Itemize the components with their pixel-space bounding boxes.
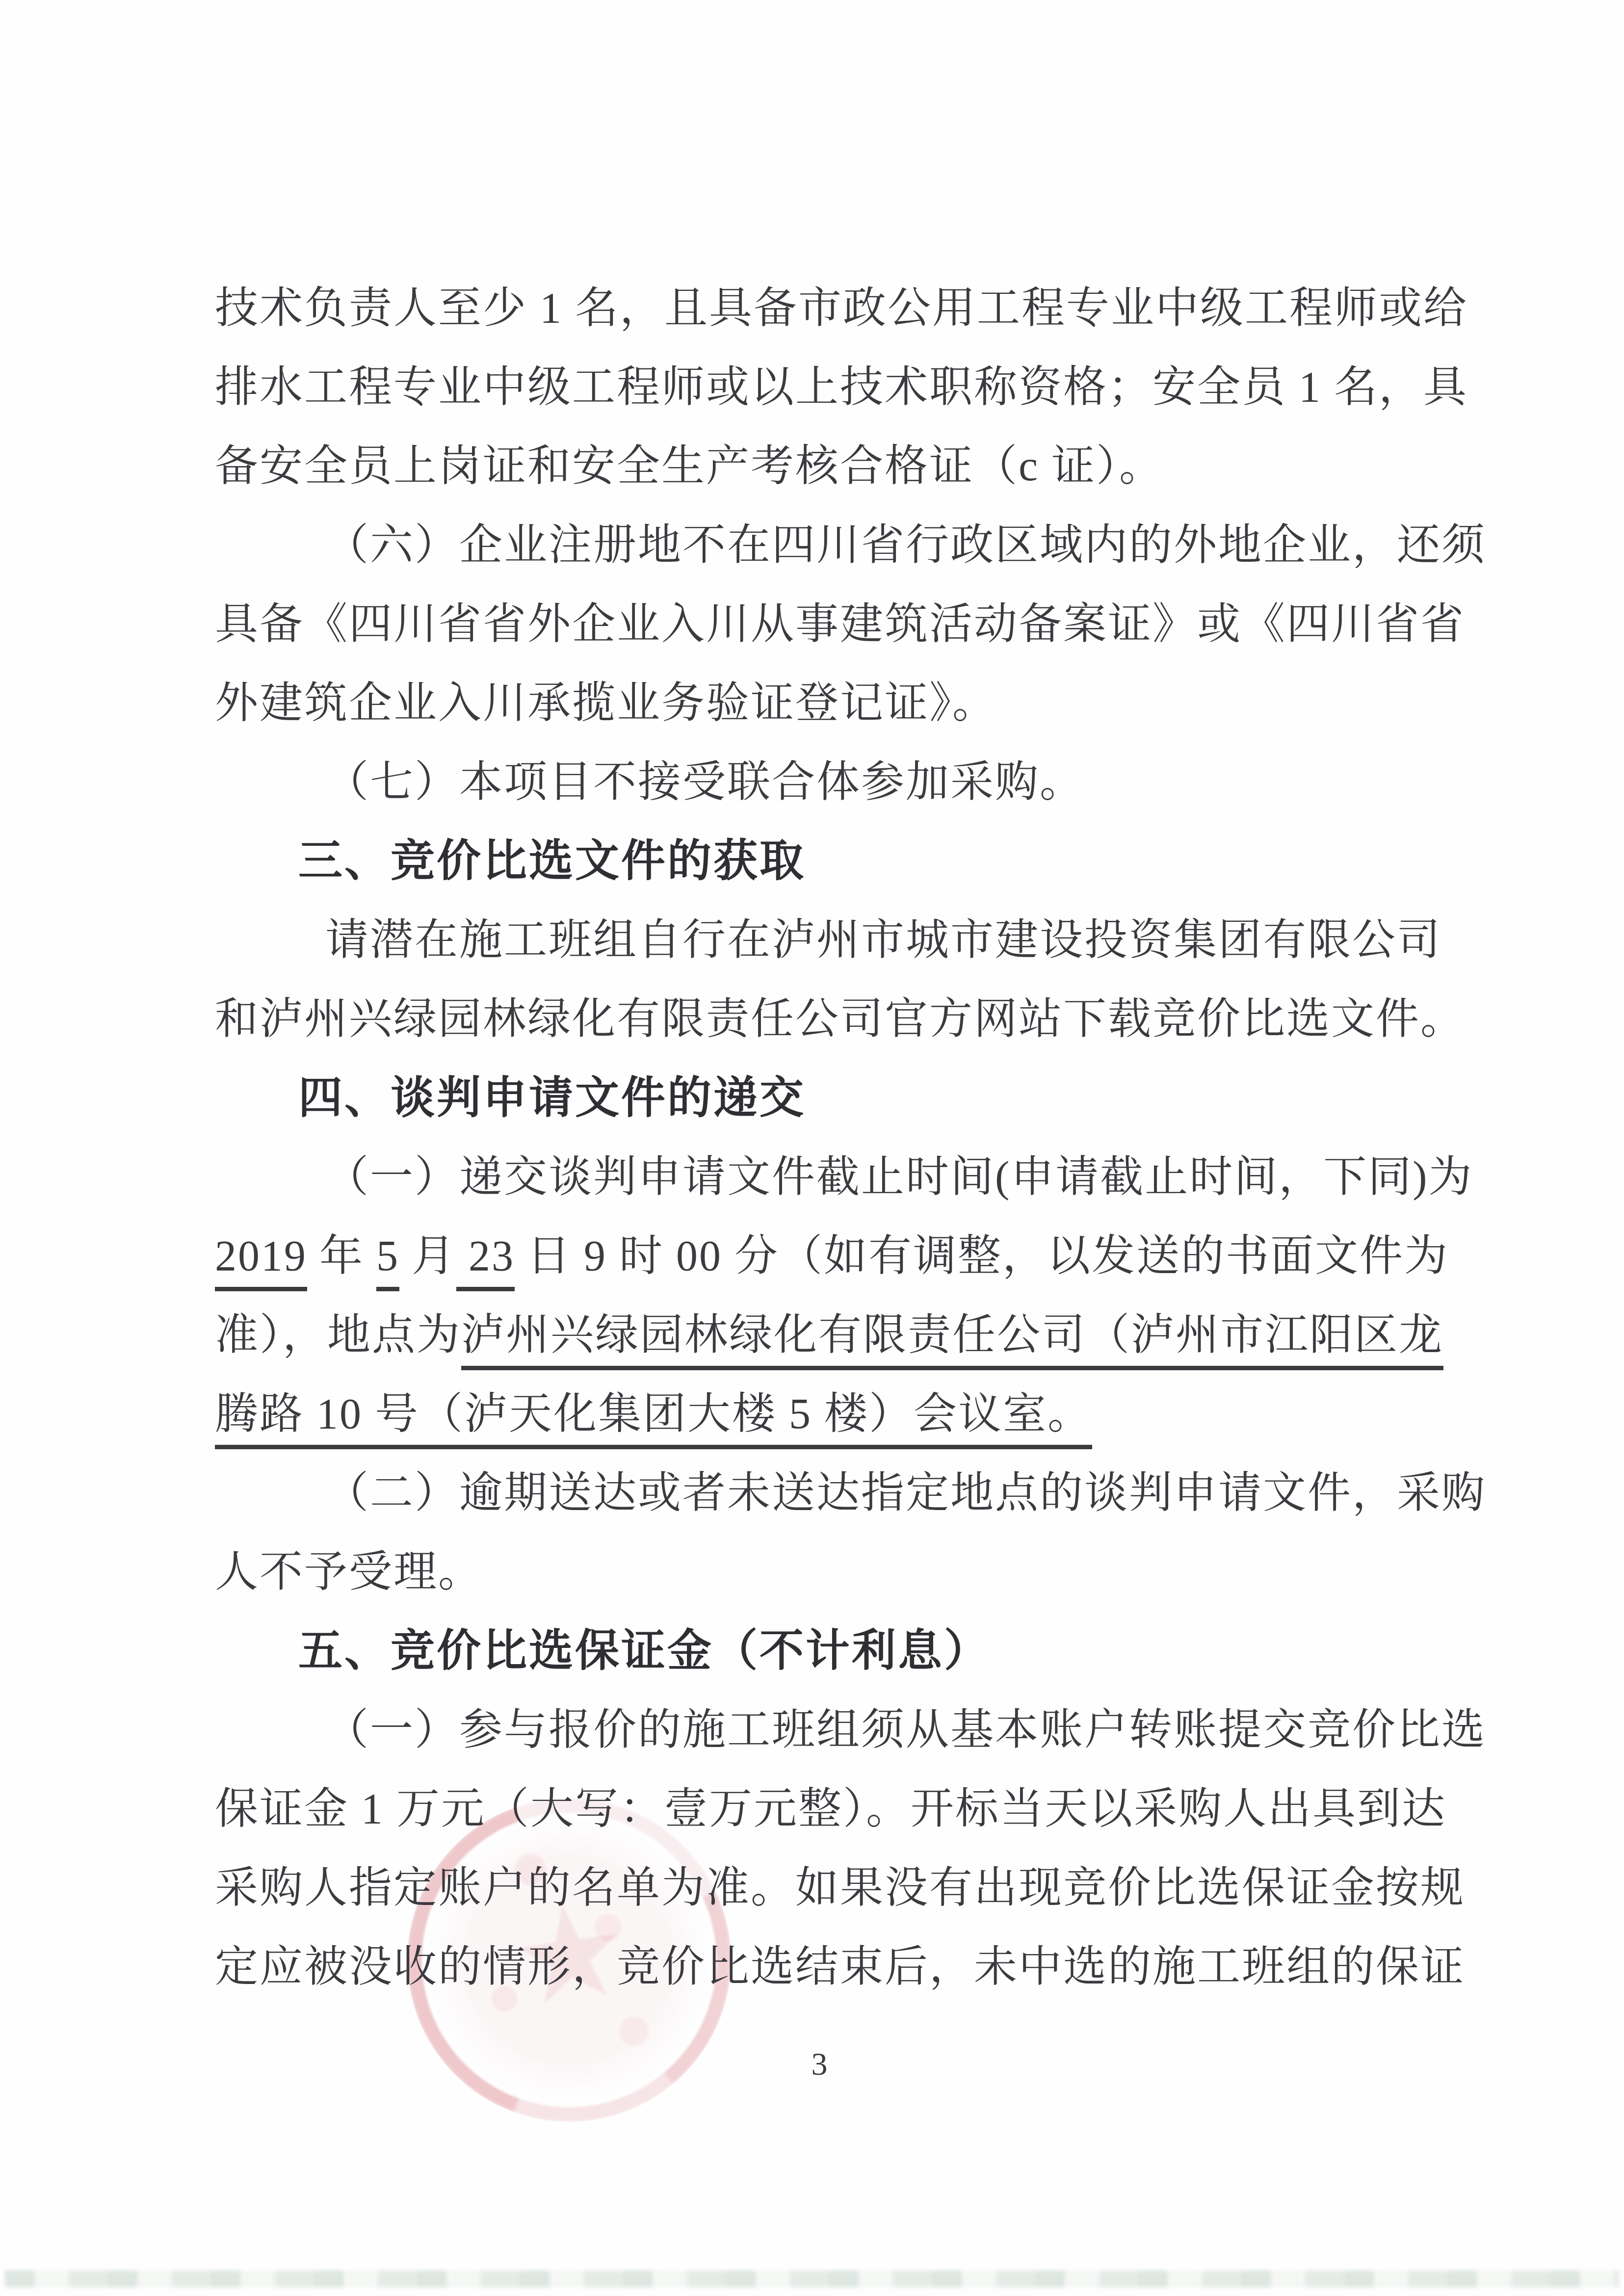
document-page: ★ 技术负责人至少 1 名，且具备市政公用工程专业中级工程师或给排水工程专业中级… [0,0,1624,2296]
text-line: 技术负责人至少 1 名，且具备市政公用工程专业中级工程师或给 [215,269,1471,348]
text-segment: （一）递交谈判申请文件截止时间(申请截止时间，下同)为 [325,1153,1473,1201]
text-line: （一）参与报价的施工班组须从基本账户转账提交竞价比选 [215,1691,1471,1770]
text-line: 准），地点为泸州兴绿园林绿化有限责任公司（泸州市江阳区龙 [215,1296,1471,1375]
text-segment: 具备《四川省省外企业入川从事建筑活动备案证》或《四川省省 [215,600,1465,648]
text-segment: 外建筑企业入川承揽业务验证登记证》。 [215,679,997,727]
text-segment: 五、竞价比选保证金（不计利息） [298,1626,990,1675]
scan-edge-artifact [5,2270,1619,2287]
page-number: 3 [790,2046,849,2083]
text-line: 外建筑企业入川承揽业务验证登记证》。 [215,664,1471,743]
text-line: （一）递交谈判申请文件截止时间(申请截止时间，下同)为 [215,1138,1471,1217]
text-segment: 四、谈判申请文件的递交 [298,1073,806,1122]
text-line: 人不予受理。 [215,1533,1471,1612]
text-line: 和泸州兴绿园林绿化有限责任公司官方网站下载竞价比选文件。 [215,980,1471,1059]
text-segment: （二）逾期送达或者未送达指定地点的谈判申请文件，采购 [325,1469,1486,1517]
text-segment: （七）本项目不接受联合体参加采购。 [325,758,1084,806]
underlined-text-segment: 腾路 10 号（泸天化集团大楼 5 楼）会议室。 [215,1390,1092,1449]
text-line: 备安全员上岗证和安全生产考核合格证（c 证）。 [215,427,1471,506]
text-segment: 技术负责人至少 1 名，且具备市政公用工程专业中级工程师或给 [215,285,1468,332]
text-line: 保证金 1 万元（大写：壹万元整）。开标当天以采购人出具到达 [215,1770,1471,1849]
text-segment: 请潜在施工班组自行在泸州市城市建设投资集团有限公司 [325,916,1441,964]
text-line: 腾路 10 号（泸天化集团大楼 5 楼）会议室。 [215,1375,1471,1454]
text-line: 具备《四川省省外企业入川从事建筑活动备案证》或《四川省省 [215,585,1471,664]
text-line: 定应被没收的情形，竞价比选结束后，未中选的施工班组的保证 [215,1928,1471,2007]
text-line: （二）逾期送达或者未送达指定地点的谈判申请文件，采购 [215,1454,1471,1533]
text-segment: 人不予受理。 [215,1548,483,1596]
text-line: 请潜在施工班组自行在泸州市城市建设投资集团有限公司 [215,901,1471,980]
text-segment: 月 [399,1232,456,1280]
text-segment: 定应被没收的情形，竞价比选结束后，未中选的施工班组的保证 [215,1943,1465,1991]
heading-line: 三、竞价比选文件的获取 [215,822,1471,901]
text-segment: 采购人指定账户的名单为准。如果没有出现竞价比选保证金按规 [215,1864,1465,1912]
text-segment: 保证金 1 万元（大写：壹万元整）。开标当天以采购人出具到达 [215,1785,1446,1833]
document-body: 技术负责人至少 1 名，且具备市政公用工程专业中级工程师或给排水工程专业中级工程… [215,269,1471,2007]
heading-line: 五、竞价比选保证金（不计利息） [215,1612,1471,1691]
text-line: （七）本项目不接受联合体参加采购。 [215,743,1471,822]
text-line: （六）企业注册地不在四川省行政区域内的外地企业，还须 [215,506,1471,585]
text-segment: （一）参与报价的施工班组须从基本账户转账提交竞价比选 [325,1706,1486,1754]
text-segment: 准），地点为 [215,1311,461,1359]
underlined-text-segment: 2019 [215,1232,307,1291]
underlined-text-segment: 5 [376,1232,399,1291]
text-line: 采购人指定账户的名单为准。如果没有出现竞价比选保证金按规 [215,1849,1471,1928]
text-segment: 年 [307,1232,376,1280]
text-segment: 日 9 时 00 分（如有调整，以发送的书面文件为 [515,1232,1449,1280]
text-line: 排水工程专业中级工程师或以上技术职称资格；安全员 1 名，具 [215,348,1471,427]
text-segment: 和泸州兴绿园林绿化有限责任公司官方网站下载竞价比选文件。 [215,995,1465,1043]
text-line: 2019 年 5 月 23 日 9 时 00 分（如有调整，以发送的书面文件为 [215,1217,1471,1296]
heading-line: 四、谈判申请文件的递交 [215,1059,1471,1138]
underlined-text-segment: 泸州兴绿园林绿化有限责任公司（泸州市江阳区龙 [461,1311,1443,1370]
underlined-text-segment: 23 [456,1232,515,1291]
text-segment: 排水工程专业中级工程师或以上技术职称资格；安全员 1 名，具 [215,364,1468,411]
text-segment: 三、竞价比选文件的获取 [298,836,806,886]
text-segment: 备安全员上岗证和安全生产考核合格证（c 证）。 [215,443,1164,490]
text-segment: （六）企业注册地不在四川省行政区域内的外地企业，还须 [325,522,1486,569]
